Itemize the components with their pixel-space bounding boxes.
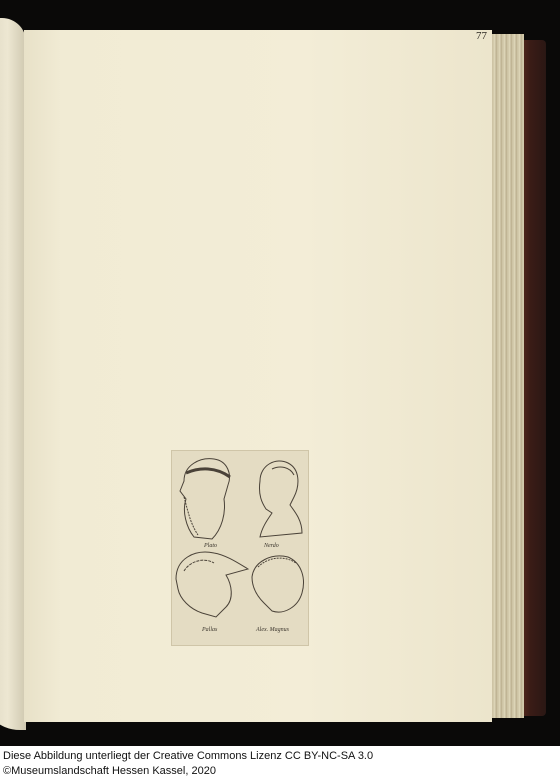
engraved-heads-illustration: [172, 451, 308, 645]
label-pallas: Pallas: [202, 627, 217, 633]
label-plato: Plato: [204, 543, 217, 549]
engraving-plate: Plato Nerdo Pallas Alex. Magnus: [171, 450, 309, 646]
left-page: [0, 18, 26, 730]
label-alex-magnus: Alex. Magnus: [256, 627, 289, 633]
license-caption: Diese Abbildung unterliegt der Creative …: [3, 750, 373, 762]
page-number: 77: [476, 30, 487, 42]
copyright-caption: ©Museumslandschaft Hessen Kassel, 2020: [3, 765, 216, 777]
book-photograph: 77 Plato Nerd: [0, 0, 560, 746]
label-nerdo: Nerdo: [264, 543, 279, 549]
page-edges: [488, 34, 524, 718]
